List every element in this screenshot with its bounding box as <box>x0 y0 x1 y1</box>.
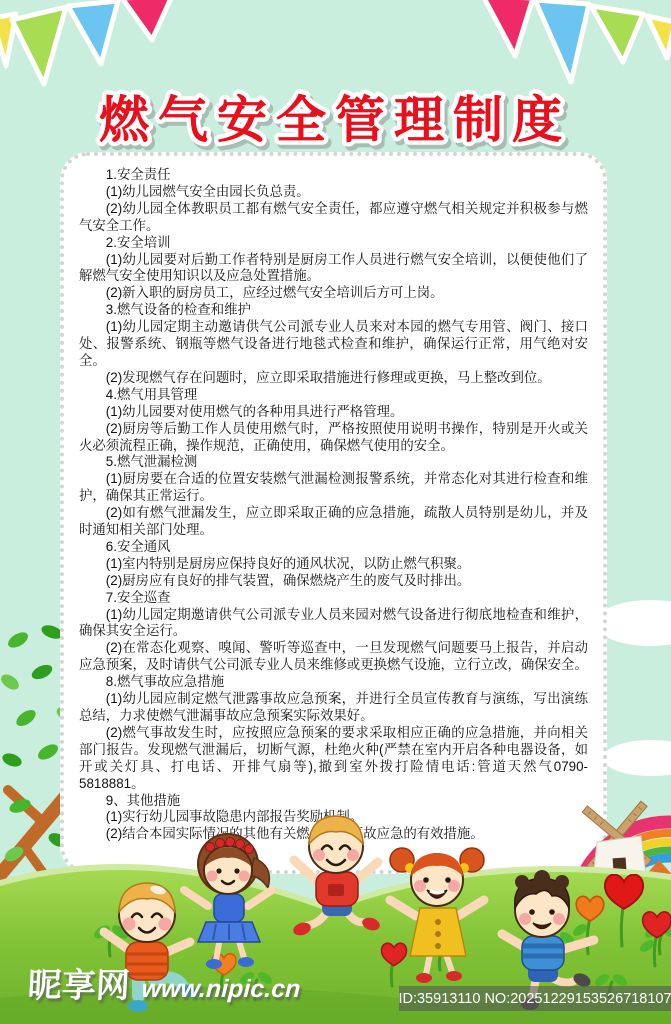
watermark-site-url: www.nipic.cn <box>141 975 301 1004</box>
rule-paragraph: 5.燃气泄漏检测 <box>79 454 588 471</box>
cartoon-boy-red-icon <box>282 810 387 942</box>
cloud-icon <box>603 740 671 776</box>
rule-paragraph: (2)新入职的厨房员工，应经过燃气安全培训后方可上岗。 <box>79 285 588 302</box>
rule-paragraph: (2)如有燃气泄漏发生，应立即采取正确的应急措施，疏散人员特别是幼儿，并及时通知… <box>79 505 588 539</box>
rule-paragraph: (2)在常态化观察、嗅闻、警听等巡查中，一旦发现燃气问题要马上报告，并启动应急预… <box>79 640 588 674</box>
rule-paragraph: (2)幼儿园全体教职员工都有燃气安全责任，都应遵守燃气相关规定并积极参与燃气安全… <box>79 201 588 235</box>
rule-paragraph: (1)幼儿园燃气安全由园长负总责。 <box>79 184 588 201</box>
poster-title-text: 燃气安全管理制度 <box>99 92 571 148</box>
rule-paragraph: (2)燃气事故发生时，应按照应急预案的要求采取相应正确的应急措施，并向相关部门报… <box>79 725 588 793</box>
rule-paragraph: (1)幼儿园定期主动邀请供气公司派专业人员来对本园的燃气专用管、阀门、接口处、报… <box>79 319 588 370</box>
rule-paragraph: (2)厨房等后勤工作人员使用燃气时，严格按照使用说明书操作，特别是开火或关火必须… <box>79 421 588 455</box>
rule-paragraph: 9、其他措施 <box>79 793 588 810</box>
rules-text: 1.安全责任(1)幼儿园燃气安全由园长负总责。(2)幼儿园全体教职员工都有燃气安… <box>64 156 603 843</box>
rule-paragraph: 7.安全巡查 <box>79 590 588 607</box>
rule-paragraph: 2.安全培训 <box>79 235 588 252</box>
watermark-site-name: 昵享网 <box>27 958 132 1007</box>
rule-paragraph: (1)室内特别是厨房应保持良好的通风状况，以防止燃气积聚。 <box>79 556 588 573</box>
rule-paragraph: (2)发现燃气存在问题时，应立即采取措施进行修理或更换，马上整改到位。 <box>79 370 588 387</box>
rule-paragraph: (1)幼儿园要对使用燃气的各种用具进行严格管理。 <box>79 404 588 421</box>
poster-title: 燃气安全管理制度 燃气安全管理制度 <box>0 84 671 154</box>
gas-safety-poster: 燃气安全管理制度 燃气安全管理制度 <box>0 0 671 1024</box>
rule-paragraph: (1)幼儿园应制定燃气泄露事故应急预案，并进行全员宣传教育与演练，写出演练总结，… <box>79 691 588 725</box>
rule-paragraph: (1)幼儿园定期邀请供气公司派专业人员来园对燃气设备进行彻底地检查和维护，确保其… <box>79 607 588 641</box>
cartoon-girl-blue-icon <box>176 832 281 970</box>
rule-paragraph: (2)厨房应有良好的排气装置，确保燃烧产生的废气及时排出。 <box>79 573 588 590</box>
rule-paragraph: 8.燃气事故应急措施 <box>79 674 588 691</box>
rule-paragraph: (1)厨房要在合适的位置安装燃气泄漏检测报警系统，并常态化对其进行检查和维护，确… <box>79 471 588 505</box>
watermark: 昵享网 www.nipic.cn <box>27 958 302 1007</box>
rule-paragraph: 6.安全通风 <box>79 539 588 556</box>
rule-paragraph: 4.燃气用具管理 <box>79 387 588 404</box>
rules-panel: 1.安全责任(1)幼儿园燃气安全由园长负总责。(2)幼儿园全体教职员工都有燃气安… <box>60 152 607 874</box>
rule-paragraph: (1)幼儿园要对后勤工作者特别是厨房工作人员进行燃气安全培训，以便使他们了解燃气… <box>79 252 588 286</box>
cartoon-girl-yellow-icon <box>380 842 495 984</box>
rule-paragraph: 1.安全责任 <box>79 167 588 184</box>
image-id-text: ID:35913110 NO:20251229153526718107 <box>398 991 671 1007</box>
rule-paragraph: 3.燃气设备的检查和维护 <box>79 302 588 319</box>
image-id-bar: ID:35913110 NO:20251229153526718107 <box>399 986 671 1011</box>
